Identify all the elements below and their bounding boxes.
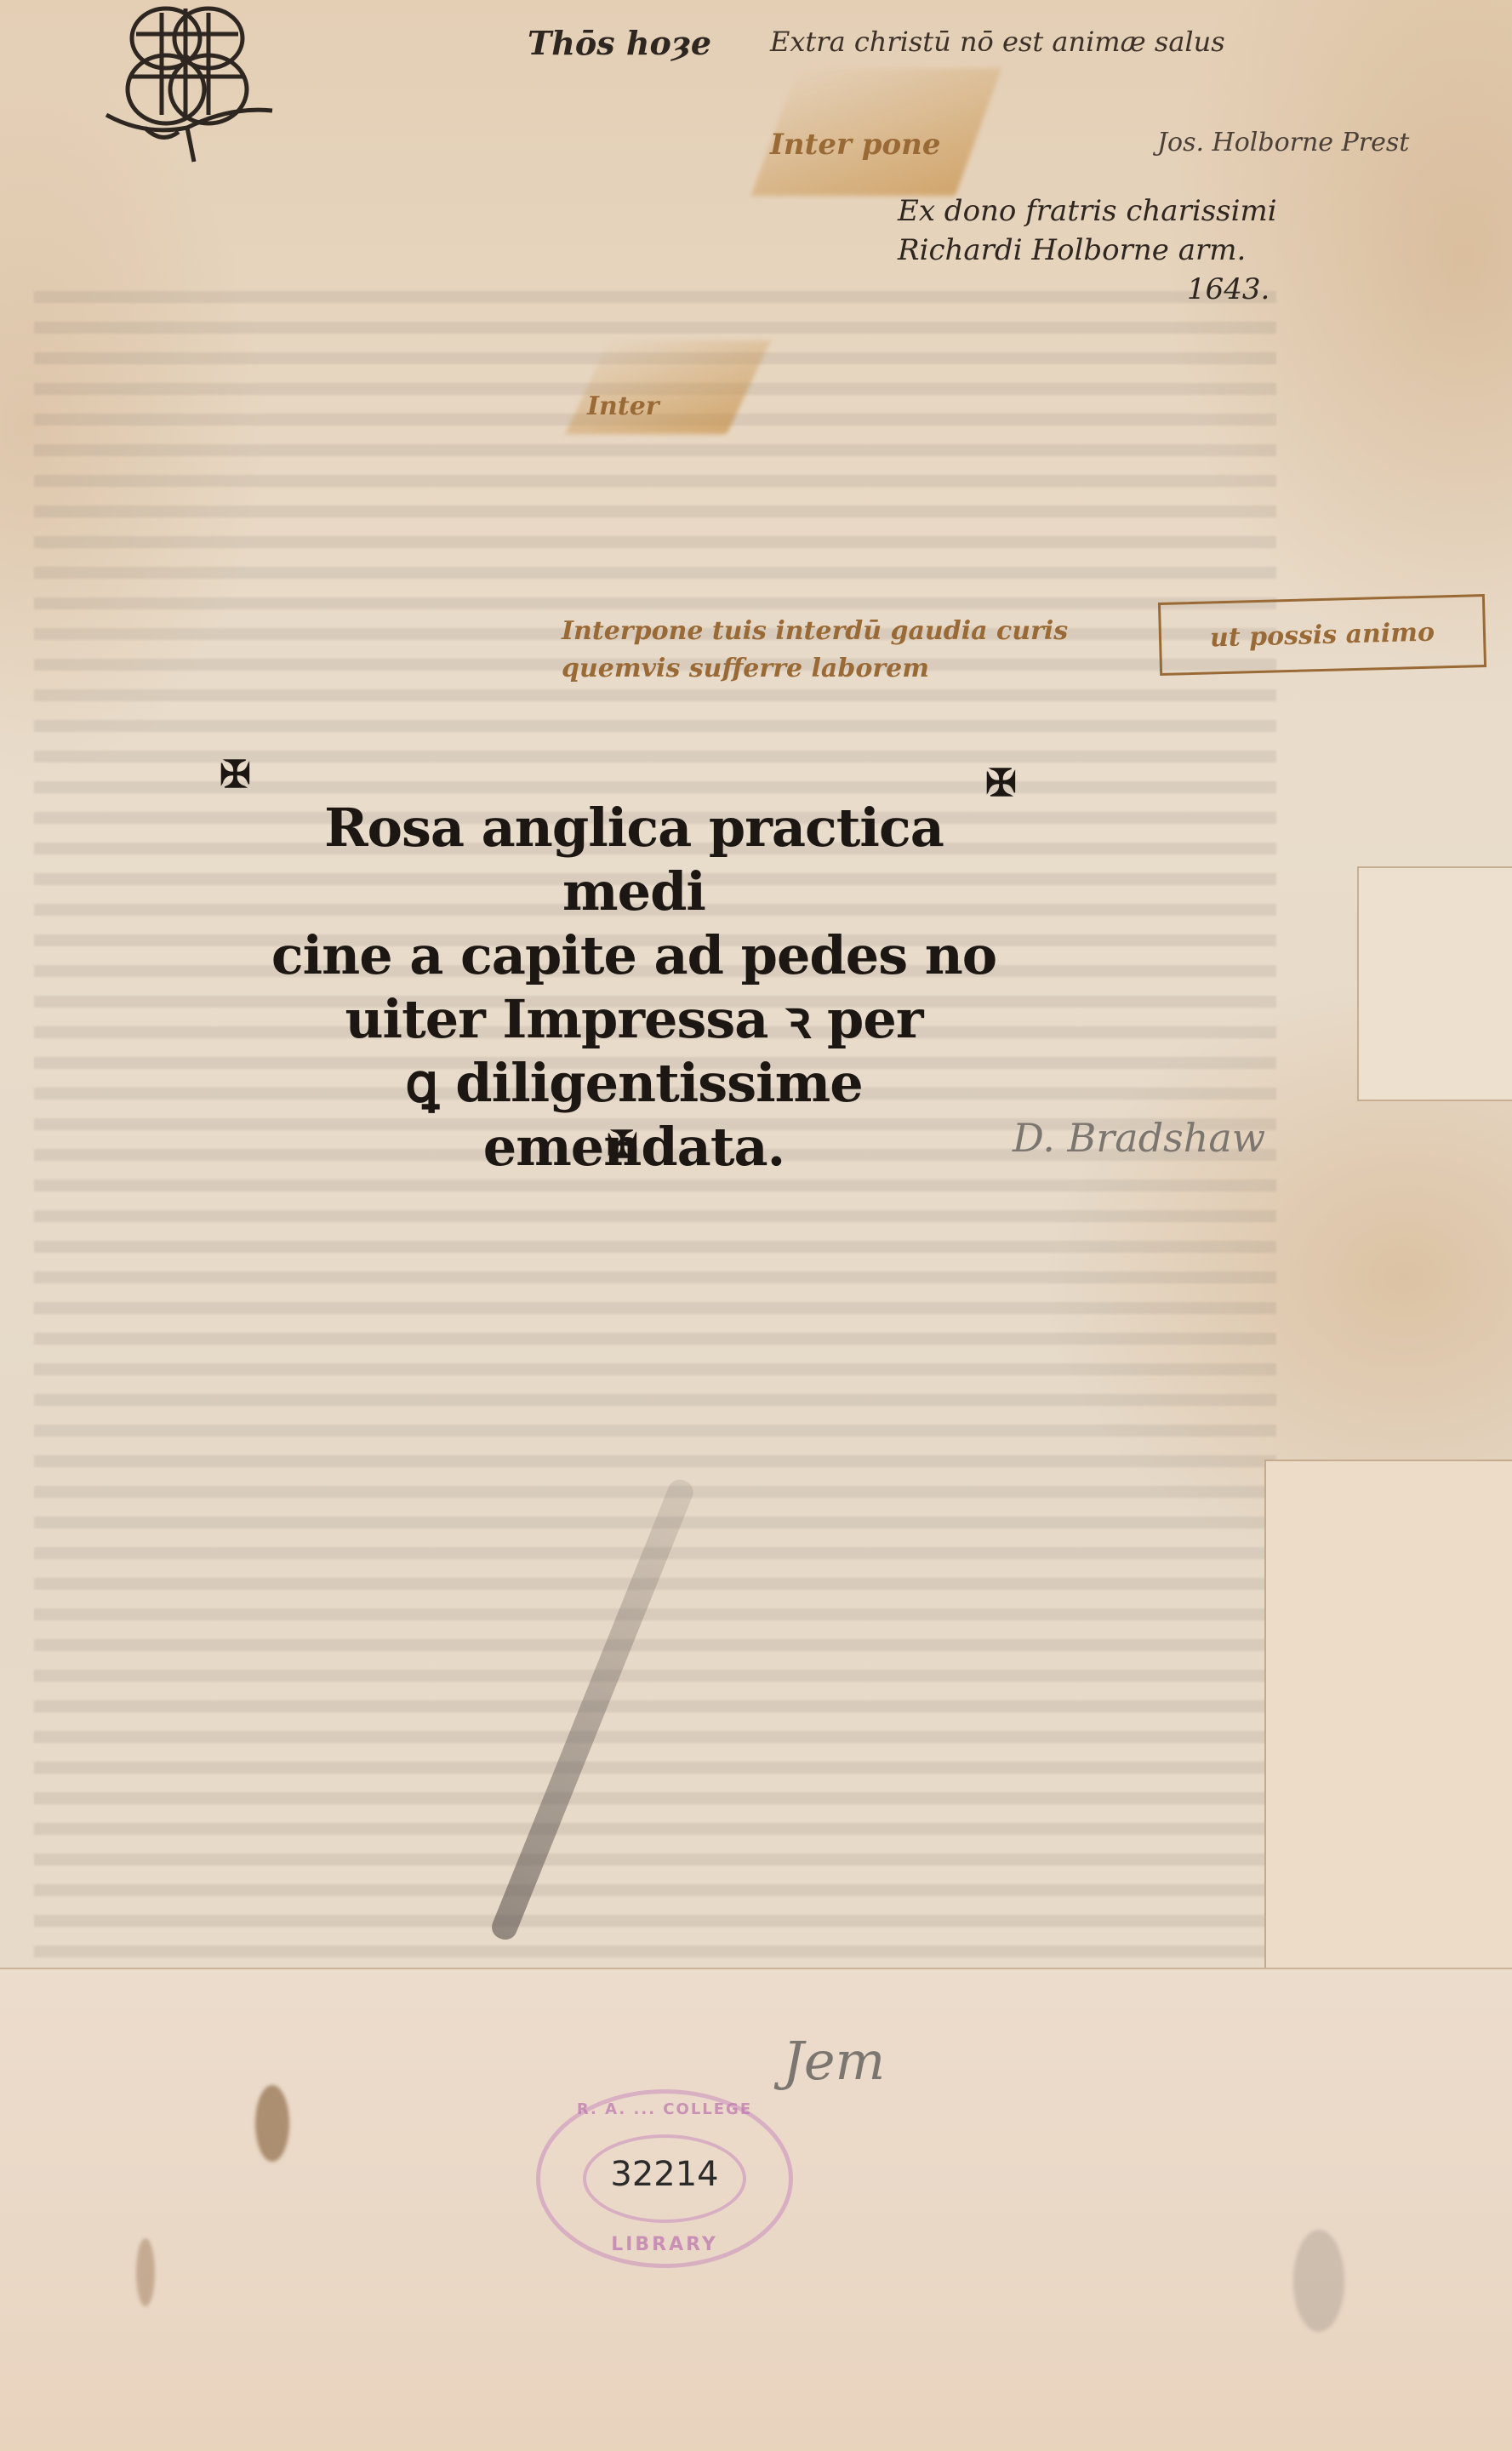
monogram-icon [94, 0, 289, 166]
stamp-bottom-text: LIBRARY [540, 2234, 789, 2255]
brown-note-inter: Inter [587, 391, 659, 421]
signature: Jos. Holborne Prest [1157, 128, 1409, 157]
boxed-marginal-note: ut possis animo [1158, 594, 1486, 676]
title-line: cine a capite ad pedes no [264, 923, 1004, 987]
brown-note-inter-pone: Inter pone [770, 128, 941, 162]
brown-verse-inscription: Interpone tuis interdū gaudia curis quem… [562, 613, 1068, 688]
shelfmark-number: 32214 [540, 2155, 789, 2194]
ownership-note-top: Thōs hoȝe [528, 24, 711, 62]
gift-inscription: Ex dono fratris charissimi Richardi Holb… [898, 191, 1277, 309]
pencil-initials: Jem [783, 2030, 885, 2092]
paper-repair-patch-upper [1357, 866, 1512, 1101]
cross-ornament-icon: ✠ [220, 753, 251, 797]
pencil-name-note: D. Bradshaw [1013, 1115, 1265, 1161]
printed-title: Rosa anglica practica medi cine a capite… [264, 796, 1004, 1179]
title-line: uiter Impressa ꝛ per [264, 987, 1004, 1051]
stamp-top-text: R. A. ... COLLEGE [540, 2100, 789, 2118]
title-line: Rosa anglica practica medi [264, 796, 1004, 923]
paper-repair-patch-lower [1264, 1460, 1512, 1984]
title-line: ꝗ diligentissime [264, 1051, 1004, 1115]
foxing-stain [255, 2085, 289, 2162]
gift-inscription-text: Ex dono fratris charissimi Richardi Holb… [898, 194, 1277, 267]
foxing-stain [1293, 2230, 1344, 2332]
motto-inscription: Extra christū nō est animæ salus [770, 26, 1225, 58]
cross-ornament-icon: ✠ [607, 1123, 638, 1167]
foxing-stain [136, 2238, 155, 2306]
gift-year: 1643. [898, 270, 1277, 309]
document-page: Thōs hoȝe Extra christū nō est animæ sal… [0, 0, 1512, 2451]
library-stamp: R. A. ... COLLEGE 32214 LIBRARY [536, 2089, 793, 2268]
